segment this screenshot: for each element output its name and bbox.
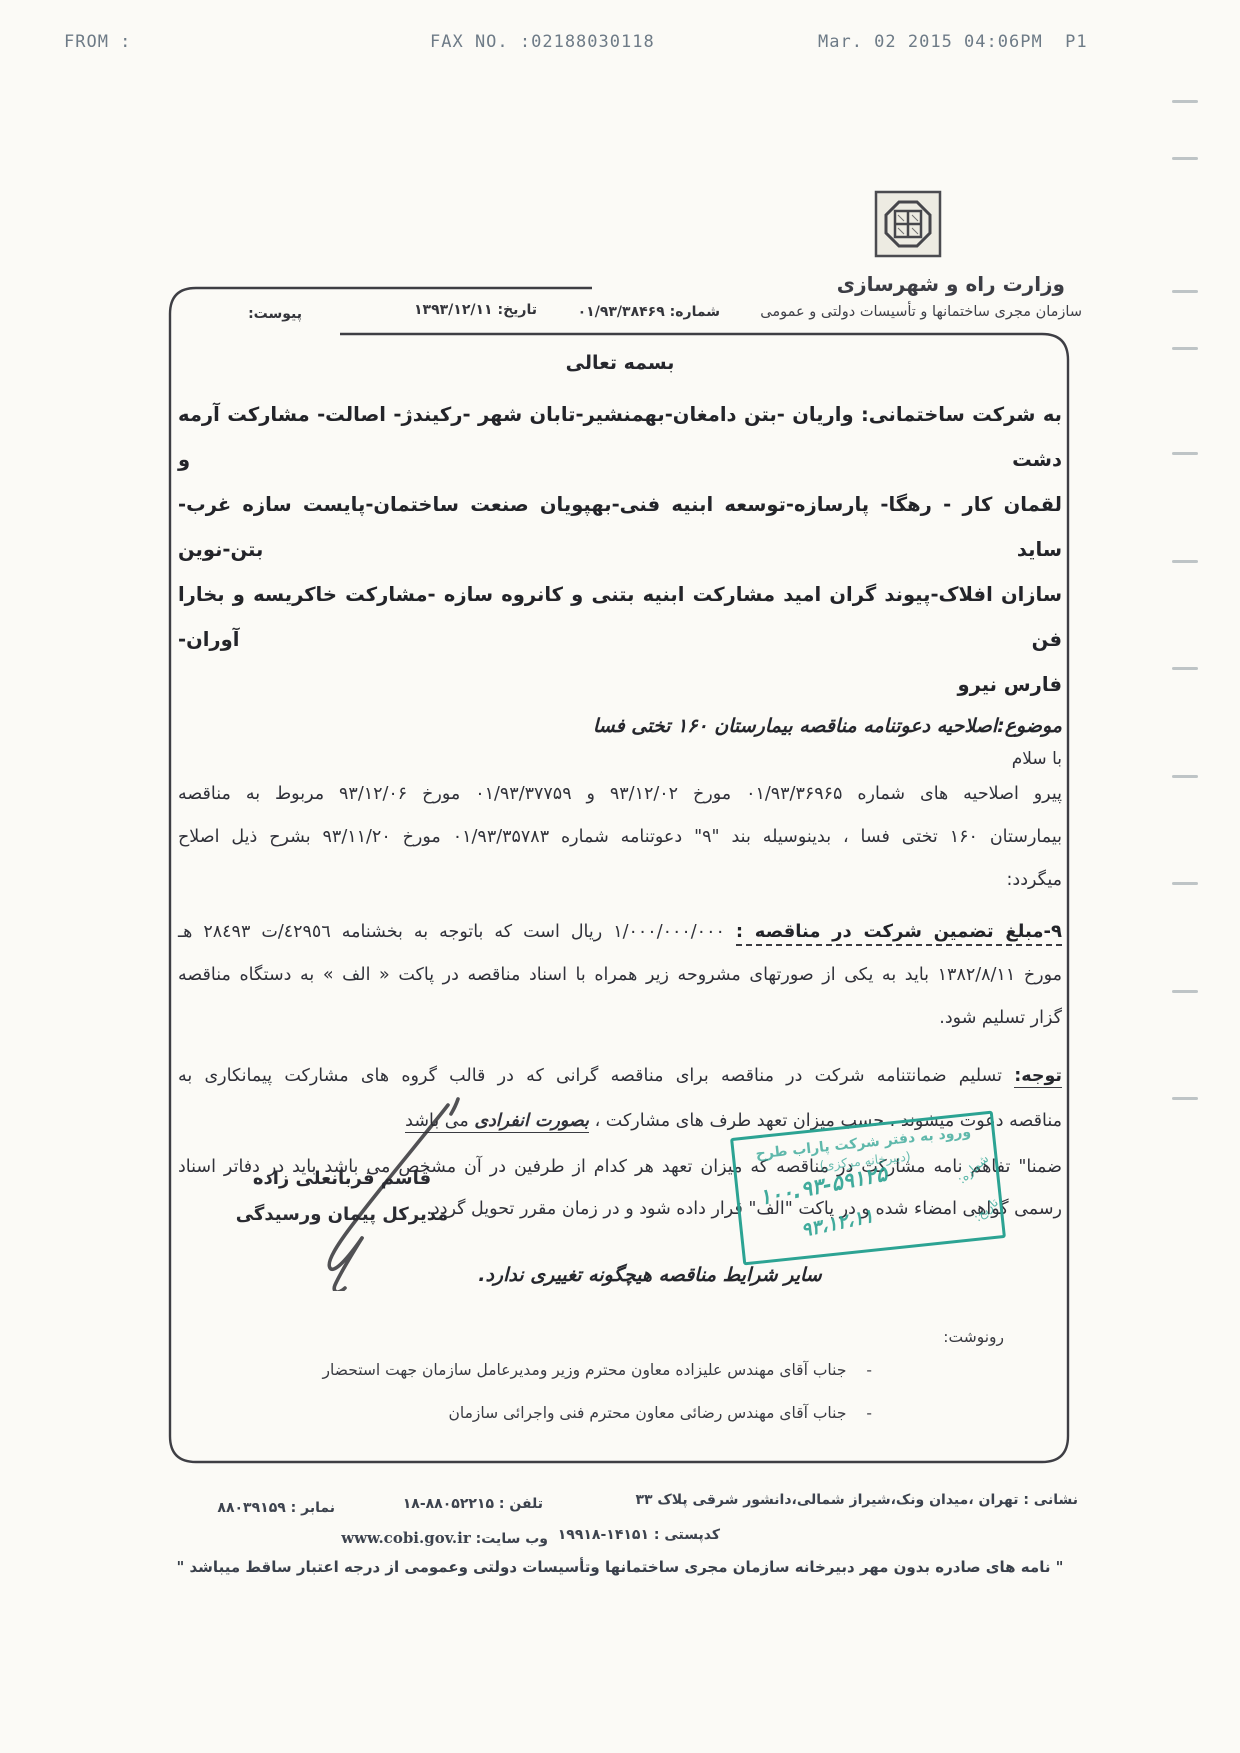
note-text: تسلیم ضمانتنامه شرکت در مناقصه برای مناق… [178, 1066, 1014, 1086]
recipients-line: سازان افلاک-پیوند گران امید مشارکت ابنیه… [178, 572, 1062, 662]
item9-line: مورخ ۱۳۸۲/۸/۱۱ باید به یکی از صورتهای مش… [178, 954, 1062, 997]
salutation: با سلام [178, 749, 1062, 769]
cc-item: - جناب آقای مهندس علیزاده معاون محترم وز… [284, 1352, 872, 1389]
recipients-paragraph: به شرکت ساختمانی: واریان -بتن دامغان-بهم… [178, 392, 1062, 707]
cc-section: رونوشت: - جناب آقای مهندس علیزاده معاون … [284, 1328, 1004, 1432]
recipients-line: به شرکت ساختمانی: واریان -بتن دامغان-بهم… [178, 392, 1062, 482]
subject-line: موضوع:اصلاحیه دعوتنامه مناقصه بیمارستان … [178, 715, 1062, 737]
item9-paragraph: ۹-مبلغ تضمین شرکت در مناقصه : ۱/۰۰۰/۰۰۰/… [178, 910, 1062, 1040]
note-label: توجه: [1014, 1066, 1062, 1088]
letter-date-field: تاریخ: ۱۳۹۳/۱۲/۱۱ [414, 302, 537, 318]
footer-website: وب سایت: www.cobi.gov.ir [341, 1529, 548, 1547]
cc-bullet: - [866, 1395, 872, 1432]
recipients-line: لقمان کار - رهگا- پارسازه-توسعه ابنیه فن… [178, 482, 1062, 572]
cc-item-text: جناب آقای مهندس رضائی معاون محترم فنی وا… [448, 1395, 846, 1432]
item9-line: گزار تسلیم شود. [178, 997, 1062, 1040]
note-line: توجه: تسلیم ضمانتنامه شرکت در مناقصه برا… [178, 1054, 1062, 1099]
signer-name: قاسم قربانعلی زاده [233, 1168, 451, 1189]
footer-phone: تلفن : ۸۸۰۵۲۲۱۵-۱۸ [403, 1496, 543, 1512]
footer-website-label: وب سایت: [476, 1531, 548, 1547]
stamp-date-label: تاریخ: [971, 1195, 1001, 1224]
item9-text: ۱/۰۰۰/۰۰۰/۰۰۰ ریال است که باتوجه به بخشن… [178, 922, 736, 942]
item9-title: ۹-مبلغ تضمین شرکت در مناقصه : [736, 921, 1062, 946]
intro-line: میگردد: [178, 859, 1062, 902]
footer-postal-code: کدپستی : ۱۴۱۵۱-۱۹۹۱۸ [558, 1527, 720, 1543]
cc-bullet: - [866, 1352, 872, 1389]
receipt-stamp: ورود به دفتر شرکت پاراب طرح (دبیرخانه مر… [730, 1111, 1006, 1266]
footer-website-url: www.cobi.gov.ir [341, 1529, 471, 1547]
letter-number-field: شماره: ۰۱/۹۳/۳۸۴۶۹ [578, 304, 720, 320]
intro-line: پیرو اصلاحیه های شماره ۰۱/۹۳/۳۶۹۶۵ مورخ … [178, 773, 1062, 816]
signer-title: مدیرکل پیمان ورسیدگی [233, 1204, 451, 1225]
scanned-fax-page: { "fax_header": { "from": "FROM :", "fax… [0, 0, 1240, 1753]
item9-line: ۹-مبلغ تضمین شرکت در مناقصه : ۱/۰۰۰/۰۰۰/… [178, 910, 1062, 954]
cc-item: - جناب آقای مهندس رضائی معاون محترم فنی … [284, 1395, 872, 1432]
bismillah: بسمه تعالی [178, 352, 1062, 374]
attachment-field: پیوست: [248, 306, 302, 322]
footer-fax: نمابر : ۸۸۰۳۹۱۵۹ [217, 1500, 335, 1516]
footer-disclaimer: " نامه های صادره بدون مهر دبیرخانه سازما… [0, 1558, 1240, 1576]
signature-block: قاسم قربانعلی زاده مدیرکل پیمان ورسیدگی [233, 1168, 451, 1225]
note-emphasis: بصورت انفرادی [474, 1111, 589, 1131]
recipients-line: فارس نیرو [178, 662, 1062, 707]
intro-paragraph: پیرو اصلاحیه های شماره ۰۱/۹۳/۳۶۹۶۵ مورخ … [178, 773, 1062, 902]
stamp-date-value: ۹۳،۱۲،۱۱ [799, 1205, 875, 1242]
cc-label: رونوشت: [284, 1328, 1004, 1346]
footer-address: نشانی : تهران ،میدان ونک،شیراز شمالی،دان… [635, 1492, 1078, 1508]
intro-line: بیمارستان ۱۶۰ تختی فسا ، بدینوسیله بند "… [178, 816, 1062, 859]
cc-item-text: جناب آقای مهندس علیزاده معاون محترم وزیر… [323, 1352, 847, 1389]
